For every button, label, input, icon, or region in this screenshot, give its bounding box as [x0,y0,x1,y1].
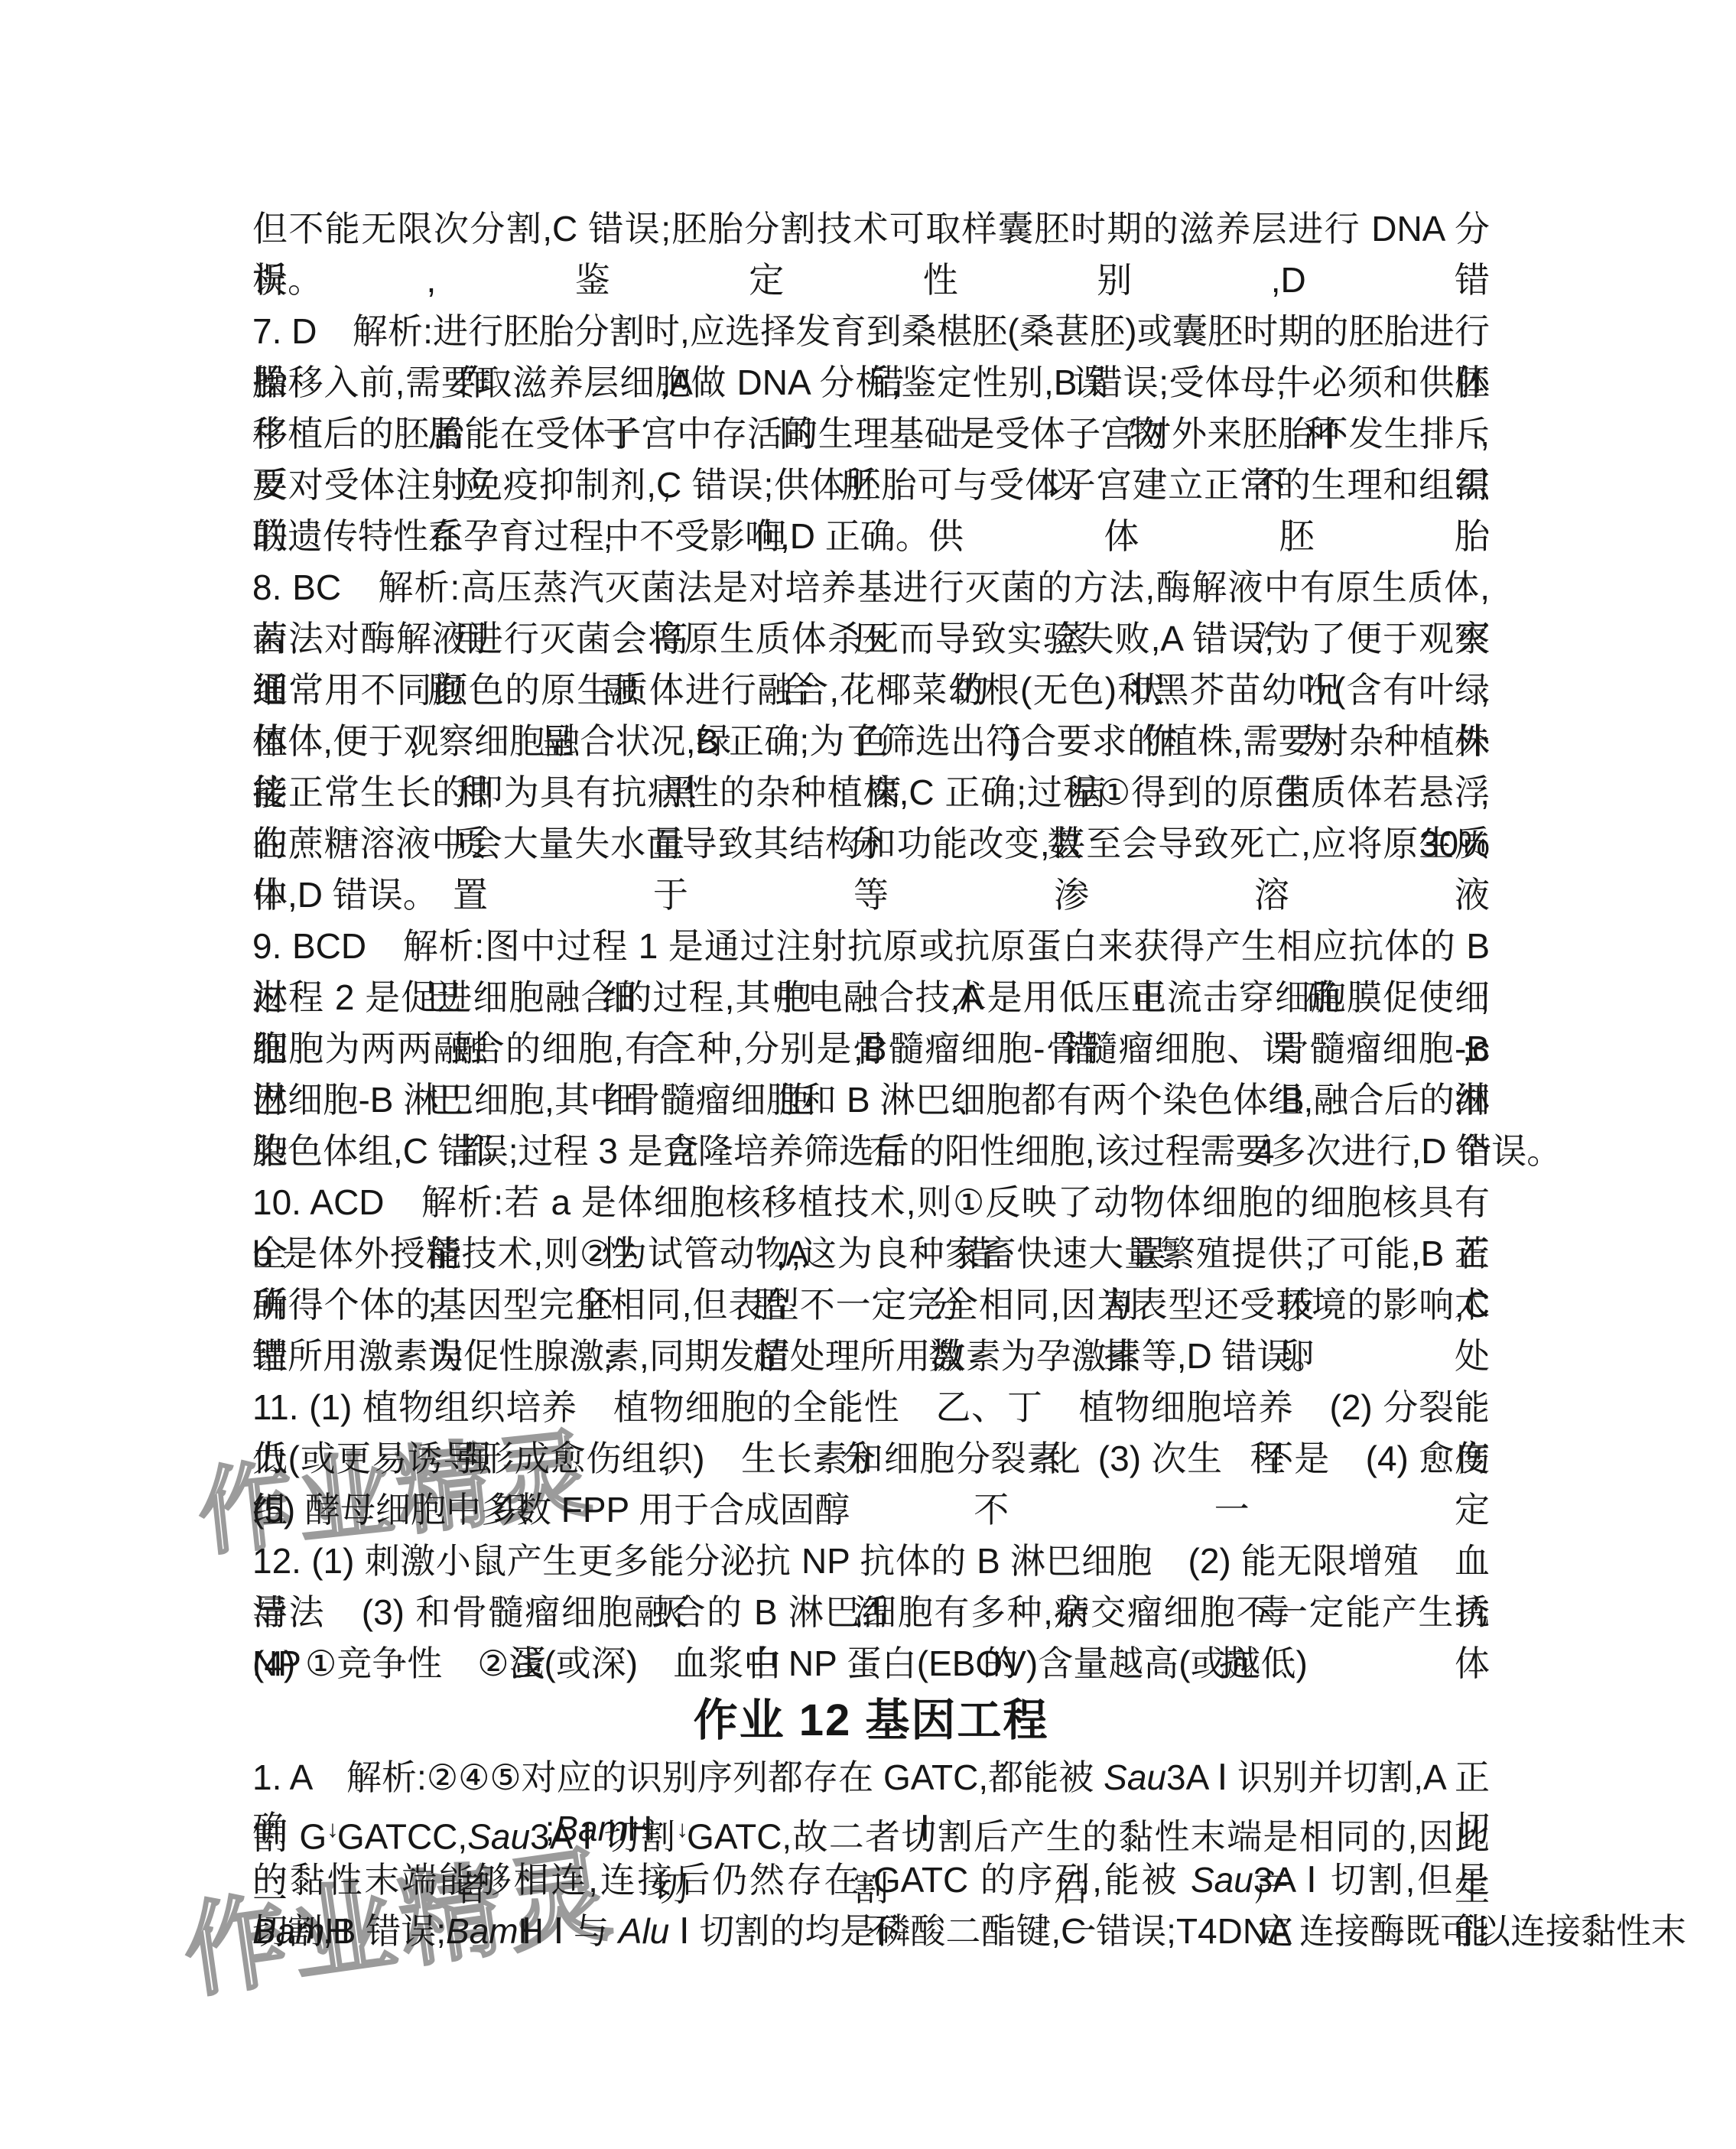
gene-engineering-lines-block: 1. A 解析:②④⑤对应的识别序列都存在 GATC,都能被 Sau3A Ⅰ 识… [252,1752,1490,1957]
text-line: 通常用不同颜色的原生质体进行融合,花椰菜幼根(无色)和黑芥苗幼叶(含有叶绿体,呈… [252,665,1490,716]
text-line: 理所用激素为促性腺激素,同期发情处理所用激素为孕激素等,D 错误。 [252,1331,1490,1382]
text-line: 能正常生长的即为具有抗病性的杂种植株,C 正确;过程①得到的原生质体若悬浮在质量… [252,767,1490,818]
text-line: b 是体外授精技术,则②为试管动物,这为良种家畜快速大量繁殖提供了可能,B 正确… [252,1228,1490,1279]
text-line: 1. A 解析:②④⑤对应的识别序列都存在 GATC,都能被 Sau3A Ⅰ 识… [252,1752,1490,1803]
text-segment: 3A Ⅰ 切割 [530,1817,676,1857]
text-line: 7. D 解析:进行胚胎分割时,应选择发育到桑椹胚(桑葚胚)或囊胚时期的胚胎进行… [252,306,1490,357]
text-line: 胎移入前,需要取滋养层细胞做 DNA 分析,鉴定性别,B 错误;受体母牛必须和供… [252,357,1490,408]
text-line: 导法 (3) 和骨髓瘤细胞融合的 B 淋巴细胞有多种,杂交瘤细胞不一定能产生抗 … [252,1587,1490,1638]
text-line: 的黏性末端能够相连,连接后仍然存在 GATC 的序列,能被 Sau3A Ⅰ 切割… [252,1855,1490,1906]
text-column: 但不能无限次分割,C 错误;胚胎分割技术可取样囊胚时期的滋养层进行 DNA 分析… [252,203,1490,1957]
enzyme-name: Sau [467,1817,530,1857]
section-heading: 作业 12 基因工程 [252,1689,1490,1752]
text-segment: 切割,B 错误; [252,1911,446,1951]
text-line: 巴细胞-B 淋巴细胞,其中骨髓瘤细胞和 B 淋巴细胞都有两个染色体组,融合后的细… [252,1074,1490,1126]
text-line: 细胞为两两融合的细胞,有三种,分别是骨髓瘤细胞-骨髓瘤细胞、 骨髓瘤细胞-B 淋… [252,1023,1490,1074]
text-segment: Ⅰ 切割的均是磷酸二酯键,C 错误;T4DNA 连接酶既可以连接黏性末 [669,1911,1686,1951]
text-segment: 1. A 解析:②④⑤对应的识别序列都存在 GATC,都能被 [252,1757,1104,1797]
answer-lines-block: 但不能无限次分割,C 错误;胚胎分割技术可取样囊胚时期的滋养层进行 DNA 分析… [252,203,1490,1689]
text-line: 9. BCD 解析:图中过程 1 是通过注射抗原或抗原蛋白来获得产生相应抗体的 … [252,921,1490,972]
text-line: 10. ACD 解析:若 a 是体细胞核移植技术,则①反映了动物体细胞的细胞核具… [252,1177,1490,1228]
text-segment: GATCC, [337,1817,467,1857]
text-line: 11. (1) 植物组织培养 植物细胞的全能性 乙、丁 植物细胞培养 (2) 分… [252,1382,1490,1433]
text-segment: 3A Ⅰ 切割,但是 [1253,1860,1490,1900]
text-line: 8. BC 解析:高压蒸汽灭菌法是对培养基进行灭菌的方法,酶解液中有原生质体,若… [252,562,1490,613]
text-line: 低(或更易诱导形成愈伤组织) 生长素和细胞分裂素 (3) 次生 不是 (4) 愈… [252,1433,1490,1484]
text-line: 植体,便于观察细胞融合状况,B 正确;为了筛选出符合要求的植株,需要对杂种植株接… [252,716,1490,767]
text-segment: 割 G [252,1817,327,1857]
enzyme-name: Bam [446,1911,519,1951]
text-segment: H Ⅰ 与 [519,1911,619,1951]
text-segment: 的黏性末端能够相连,连接后仍然存在 GATC 的序列,能被 [252,1860,1191,1900]
text-line: 移植后的胚胎能在受体子宫中存活的生理基础是受体子宫对外来胚胎不发生排斥反应,所以… [252,408,1490,460]
cut-site-arrow: ↓ [676,1816,687,1842]
text-line: 所得个体的基因型完全相同,但表型不一定完全相同,因为表型还受环境的影响,C 错误… [252,1279,1490,1331]
text-line: 要对受体注射免疫抑制剂,C 错误;供体胚胎可与受体子宫建立正常的生理和组织联系,… [252,460,1490,511]
text-line: (4) ①竞争性 ②浅(或深) 血浆中 NP 蛋白(EBOV)含量越高(或越低) [252,1638,1490,1689]
text-line: 过程 2 是促进细胞融合的过程,其中电融合技术是用低压电流击穿细胞膜促使细胞融合… [252,972,1490,1023]
text-line: 割 G↓GATCC,Sau3A Ⅰ 切割↓GATC,故二者切割后产生的黏性末端是… [252,1803,1490,1855]
cut-site-arrow: ↓ [327,1816,337,1842]
text-line: 染色体组,C 错误;过程 3 是克隆培养筛选后的阳性细胞,该过程需要多次进行,D… [252,1126,1490,1177]
enzyme-name: Alu [619,1911,669,1951]
text-line: 菌法对酶解液进行灭菌会将原生质体杀死而导致实验失败,A 错误;为了便于观察细胞融… [252,613,1490,665]
enzyme-name: Sau [1104,1757,1166,1797]
text-line: 12. (1) 刺激小鼠产生更多能分泌抗 NP 抗体的 B 淋巴细胞 (2) 能… [252,1536,1490,1587]
text-line: 但不能无限次分割,C 错误;胚胎分割技术可取样囊胚时期的滋养层进行 DNA 分析… [252,203,1490,255]
text-line: 切割,B 错误;BamH Ⅰ 与 Alu Ⅰ 切割的均是磷酸二酯键,C 错误;T… [252,1906,1490,1957]
enzyme-name: Sau [1191,1860,1253,1900]
document-page: 作业精灵 作业精灵 但不能无限次分割,C 错误;胚胎分割技术可取样囊胚时期的滋养… [0,0,1736,2149]
text-line: 的蔗糖溶液中会大量失水而导致其结构和功能改变,甚至会导致死亡,应将原生质体置于等… [252,818,1490,870]
